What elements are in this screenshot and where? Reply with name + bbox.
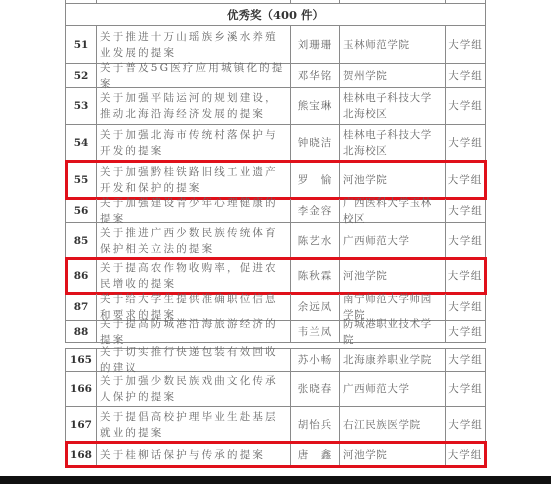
group-label: 大学组 bbox=[446, 294, 485, 320]
proposal-title: 关于提高农作物收购率，促进农民增收的提案 bbox=[97, 259, 291, 293]
row-number: 88 bbox=[66, 321, 97, 342]
author-name: 罗 愉 bbox=[291, 162, 340, 198]
group-label: 大学组 bbox=[446, 349, 485, 371]
group-label: 大学组 bbox=[446, 443, 485, 466]
row-number: 86 bbox=[66, 259, 97, 293]
row-number: 51 bbox=[66, 26, 97, 63]
group-label: 大学组 bbox=[446, 162, 485, 198]
proposal-title: 关于加强建设青少年心理健康的提案 bbox=[97, 199, 291, 222]
group-label: 大学组 bbox=[446, 407, 485, 442]
author-name: 李金容 bbox=[291, 199, 340, 222]
school-name: 玉林师范学院 bbox=[340, 26, 446, 63]
proposal-title: 关于桂柳话保护与传承的提案 bbox=[97, 443, 291, 466]
group-label: 大学组 bbox=[446, 26, 485, 63]
school-name: 广西师范大学 bbox=[340, 223, 446, 258]
group-label: 大学组 bbox=[446, 88, 485, 124]
school-name: 广西师范大学 bbox=[340, 372, 446, 406]
table-body-lower: 165关于切实推行快递包装有效回收的建议苏小畅北海康养职业学院大学组166关于加… bbox=[66, 349, 485, 467]
row-number: 167 bbox=[66, 407, 97, 442]
proposal-title: 关于提高防城港沿海旅游经济的提案 bbox=[97, 321, 291, 342]
section-header: 优秀奖（400 件） bbox=[66, 4, 485, 26]
author-name: 刘珊珊 bbox=[291, 26, 340, 63]
proposal-title: 关于提倡高校护理毕业生赴基层就业的提案 bbox=[97, 407, 291, 442]
proposal-title: 关于加强少数民族戏曲文化传承人保护的提案 bbox=[97, 372, 291, 406]
author-name: 胡怡兵 bbox=[291, 407, 340, 442]
proposal-title: 关于切实推行快递包装有效回收的建议 bbox=[97, 349, 291, 371]
school-name: 北海康养职业学院 bbox=[340, 349, 446, 371]
table-body-upper: 51关于推进十万山瑶族乡溪水养殖业发展的提案刘珊珊玉林师范学院大学组52关于普及… bbox=[66, 26, 485, 343]
row-number: 55 bbox=[66, 162, 97, 198]
row-number: 168 bbox=[66, 443, 97, 466]
group-label: 大学组 bbox=[446, 321, 485, 342]
school-name: 桂林电子科技大学北海校区 bbox=[340, 88, 446, 124]
group-label: 大学组 bbox=[446, 64, 485, 87]
row-number: 85 bbox=[66, 223, 97, 258]
author-name: 余远凤 bbox=[291, 294, 340, 320]
school-name: 河池学院 bbox=[340, 259, 446, 293]
school-name: 右江民族医学院 bbox=[340, 407, 446, 442]
author-name: 唐 鑫 bbox=[291, 443, 340, 466]
proposal-title: 关于普及5G医疗应用城镇化的提案 bbox=[97, 64, 291, 87]
table-row: 52关于普及5G医疗应用城镇化的提案邓华铭贺州学院大学组 bbox=[66, 64, 485, 88]
table-row: 166关于加强少数民族戏曲文化传承人保护的提案张晓春广西师范大学大学组 bbox=[66, 372, 485, 407]
table-row: 53关于加强平陆运河的规划建设，推动北海沿海经济发展的提案熊宝琳桂林电子科技大学… bbox=[66, 88, 485, 125]
table-row: 85关于推进广西少数民族传统体育保护相关立法的提案陈艺水广西师范大学大学组 bbox=[66, 223, 485, 259]
proposal-title: 关于加强平陆运河的规划建设，推动北海沿海经济发展的提案 bbox=[97, 88, 291, 124]
table-row: 168关于桂柳话保护与传承的提案唐 鑫河池学院大学组 bbox=[66, 443, 485, 467]
table-row: 54关于加强北海市传统村落保护与开发的提案钟晓洁桂林电子科技大学北海校区大学组 bbox=[66, 125, 485, 162]
author-name: 熊宝琳 bbox=[291, 88, 340, 124]
table-row: 167关于提倡高校护理毕业生赴基层就业的提案胡怡兵右江民族医学院大学组 bbox=[66, 407, 485, 443]
group-label: 大学组 bbox=[446, 259, 485, 293]
table-row: 86关于提高农作物收购率，促进农民增收的提案陈秋霖河池学院大学组 bbox=[66, 259, 485, 294]
proposal-title: 关于推进广西少数民族传统体育保护相关立法的提案 bbox=[97, 223, 291, 258]
proposal-title: 关于推进十万山瑶族乡溪水养殖业发展的提案 bbox=[97, 26, 291, 63]
row-number: 54 bbox=[66, 125, 97, 161]
author-name: 陈艺水 bbox=[291, 223, 340, 258]
row-number: 52 bbox=[66, 64, 97, 87]
school-name: 桂林电子科技大学北海校区 bbox=[340, 125, 446, 161]
school-name: 广西医科大学玉林校区 bbox=[340, 199, 446, 222]
author-name: 陈秋霖 bbox=[291, 259, 340, 293]
table-row: 56关于加强建设青少年心理健康的提案李金容广西医科大学玉林校区大学组 bbox=[66, 199, 485, 223]
author-name: 张晓春 bbox=[291, 372, 340, 406]
table-row: 165关于切实推行快递包装有效回收的建议苏小畅北海康养职业学院大学组 bbox=[66, 349, 485, 372]
author-name: 钟晓洁 bbox=[291, 125, 340, 161]
school-name: 河池学院 bbox=[340, 162, 446, 198]
author-name: 邓华铭 bbox=[291, 64, 340, 87]
table-row: 55关于加强黔桂铁路旧线工业遗产开发和保护的提案罗 愉河池学院大学组 bbox=[66, 162, 485, 199]
group-label: 大学组 bbox=[446, 125, 485, 161]
row-number: 56 bbox=[66, 199, 97, 222]
row-number: 87 bbox=[66, 294, 97, 320]
table-row: 51关于推进十万山瑶族乡溪水养殖业发展的提案刘珊珊玉林师范学院大学组 bbox=[66, 26, 485, 64]
row-number: 166 bbox=[66, 372, 97, 406]
group-label: 大学组 bbox=[446, 199, 485, 222]
school-name: 防城港职业技术学院 bbox=[340, 321, 446, 342]
row-number: 165 bbox=[66, 349, 97, 371]
awards-table-lower: 165关于切实推行快递包装有效回收的建议苏小畅北海康养职业学院大学组166关于加… bbox=[65, 348, 486, 467]
table-row: 88关于提高防城港沿海旅游经济的提案韦兰凤防城港职业技术学院大学组 bbox=[66, 321, 485, 343]
proposal-title: 关于加强黔桂铁路旧线工业遗产开发和保护的提案 bbox=[97, 162, 291, 198]
school-name: 河池学院 bbox=[340, 443, 446, 466]
proposal-title: 关于加强北海市传统村落保护与开发的提案 bbox=[97, 125, 291, 161]
group-label: 大学组 bbox=[446, 372, 485, 406]
bottom-edge-bar bbox=[0, 476, 551, 484]
awards-table-upper: 优秀奖（400 件） 51关于推进十万山瑶族乡溪水养殖业发展的提案刘珊珊玉林师范… bbox=[65, 0, 486, 343]
author-name: 苏小畅 bbox=[291, 349, 340, 371]
author-name: 韦兰凤 bbox=[291, 321, 340, 342]
row-number: 53 bbox=[66, 88, 97, 124]
school-name: 贺州学院 bbox=[340, 64, 446, 87]
group-label: 大学组 bbox=[446, 223, 485, 258]
